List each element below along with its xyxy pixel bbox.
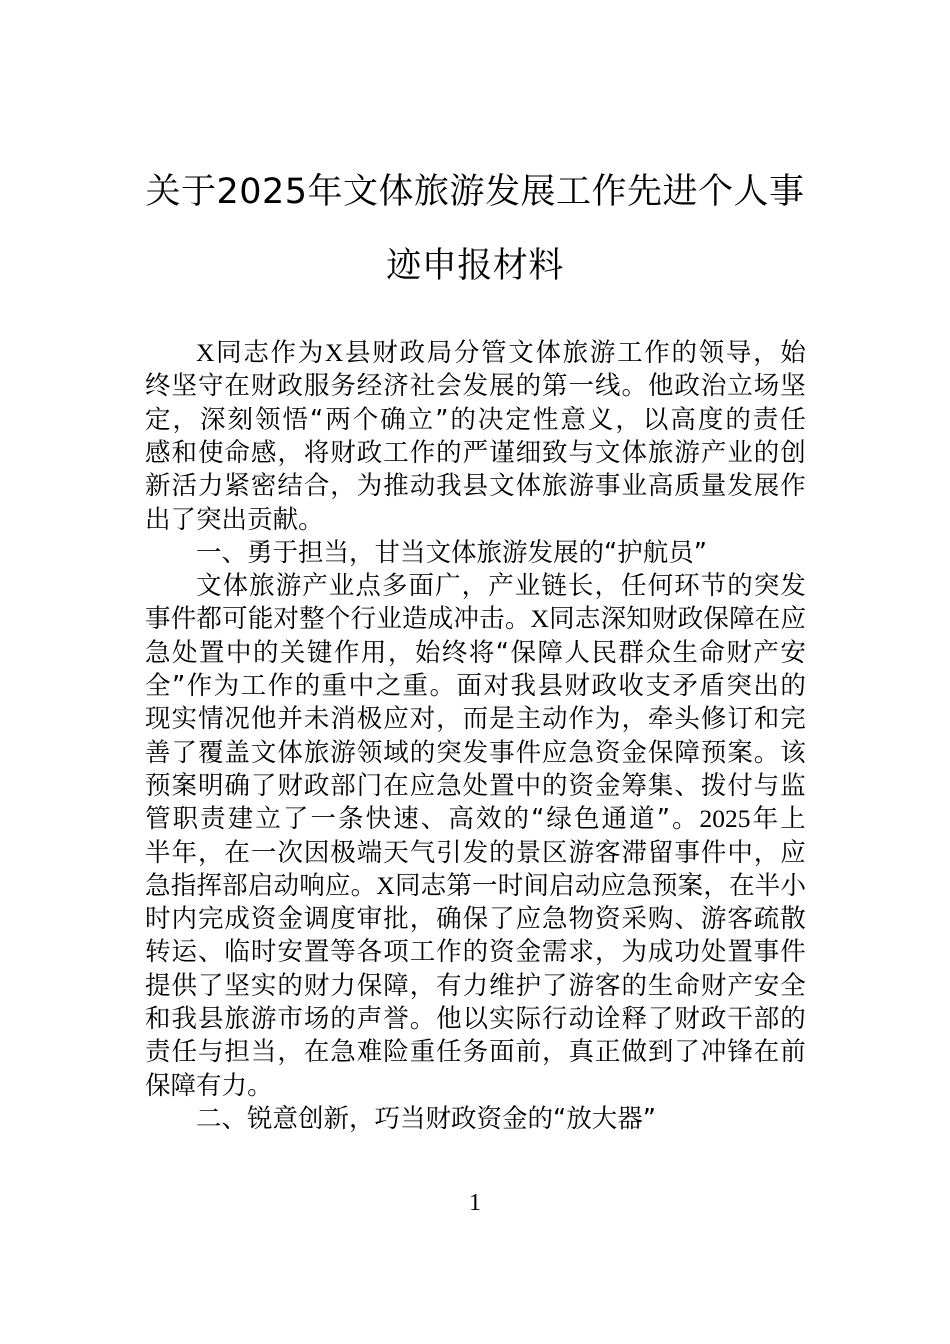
paragraph-line: 终坚守在财政服务经济社会发展的第一线。他政治立场坚: [145, 369, 806, 403]
paragraph-line: 善了覆盖文体旅游领域的突发事件应急资金保障预案。该: [145, 736, 806, 770]
paragraph-line: 时内完成资金调度审批，确保了应急物资采购、游客疏散: [145, 902, 806, 936]
section-heading: 二、锐意创新，巧当财政资金的“放大器”: [196, 1102, 656, 1136]
document-title-line-2: 迹申报材料: [145, 244, 805, 288]
paragraph-line: 感和使命感，将财政工作的严谨细致与文体旅游产业的创: [145, 436, 806, 470]
paragraph-line: 保障有力。: [145, 1069, 806, 1103]
paragraph-line: 管职责建立了一条快速、高效的“绿色通道”。2025年上: [145, 802, 806, 836]
paragraph-line: 提供了坚实的财力保障，有力维护了游客的生命财产安全: [145, 969, 806, 1003]
paragraph-line: 全”作为工作的重中之重。面对我县财政收支矛盾突出的: [145, 669, 806, 703]
paragraph-line: 现实情况他并未消极应对，而是主动作为，牵头修订和完: [145, 702, 806, 736]
page-number: 1: [0, 1188, 950, 1218]
paragraph-line: 文体旅游产业点多面广，产业链长，任何环节的突发: [196, 569, 806, 603]
paragraph-line: 事件都可能对整个行业造成冲击。X同志深知财政保障在应: [145, 602, 806, 636]
paragraph-line: X同志作为X县财政局分管文体旅游工作的领导，始: [196, 336, 806, 370]
document-page: 关于2025年文体旅游发展工作先进个人事 迹申报材料 X同志作为X县财政局分管文…: [0, 0, 950, 1344]
paragraph-line: 新活力紧密结合，为推动我县文体旅游事业高质量发展作: [145, 469, 806, 503]
paragraph-line: 半年，在一次因极端天气引发的景区游客滞留事件中，应: [145, 836, 806, 870]
document-title-line-1: 关于2025年文体旅游发展工作先进个人事: [145, 170, 805, 214]
paragraph-line: 急指挥部启动响应。X同志第一时间启动应急预案，在半小: [145, 869, 806, 903]
paragraph-line: 急处置中的关键作用，始终将“保障人民群众生命财产安: [145, 636, 806, 670]
paragraph-line: 转运、临时安置等各项工作的资金需求，为成功处置事件: [145, 935, 806, 969]
paragraph-line: 预案明确了财政部门在应急处置中的资金筹集、拨付与监: [145, 769, 806, 803]
section-heading: 一、勇于担当，甘当文体旅游发展的“护航员”: [196, 536, 707, 570]
paragraph-line: 出了突出贡献。: [145, 503, 806, 537]
paragraph-line: 责任与担当，在急难险重任务面前，真正做到了冲锋在前: [145, 1035, 806, 1069]
paragraph-line: 定，深刻领悟“两个确立”的决定性意义，以高度的责任: [145, 403, 806, 437]
paragraph-line: 和我县旅游市场的声誉。他以实际行动诠释了财政干部的: [145, 1002, 806, 1036]
